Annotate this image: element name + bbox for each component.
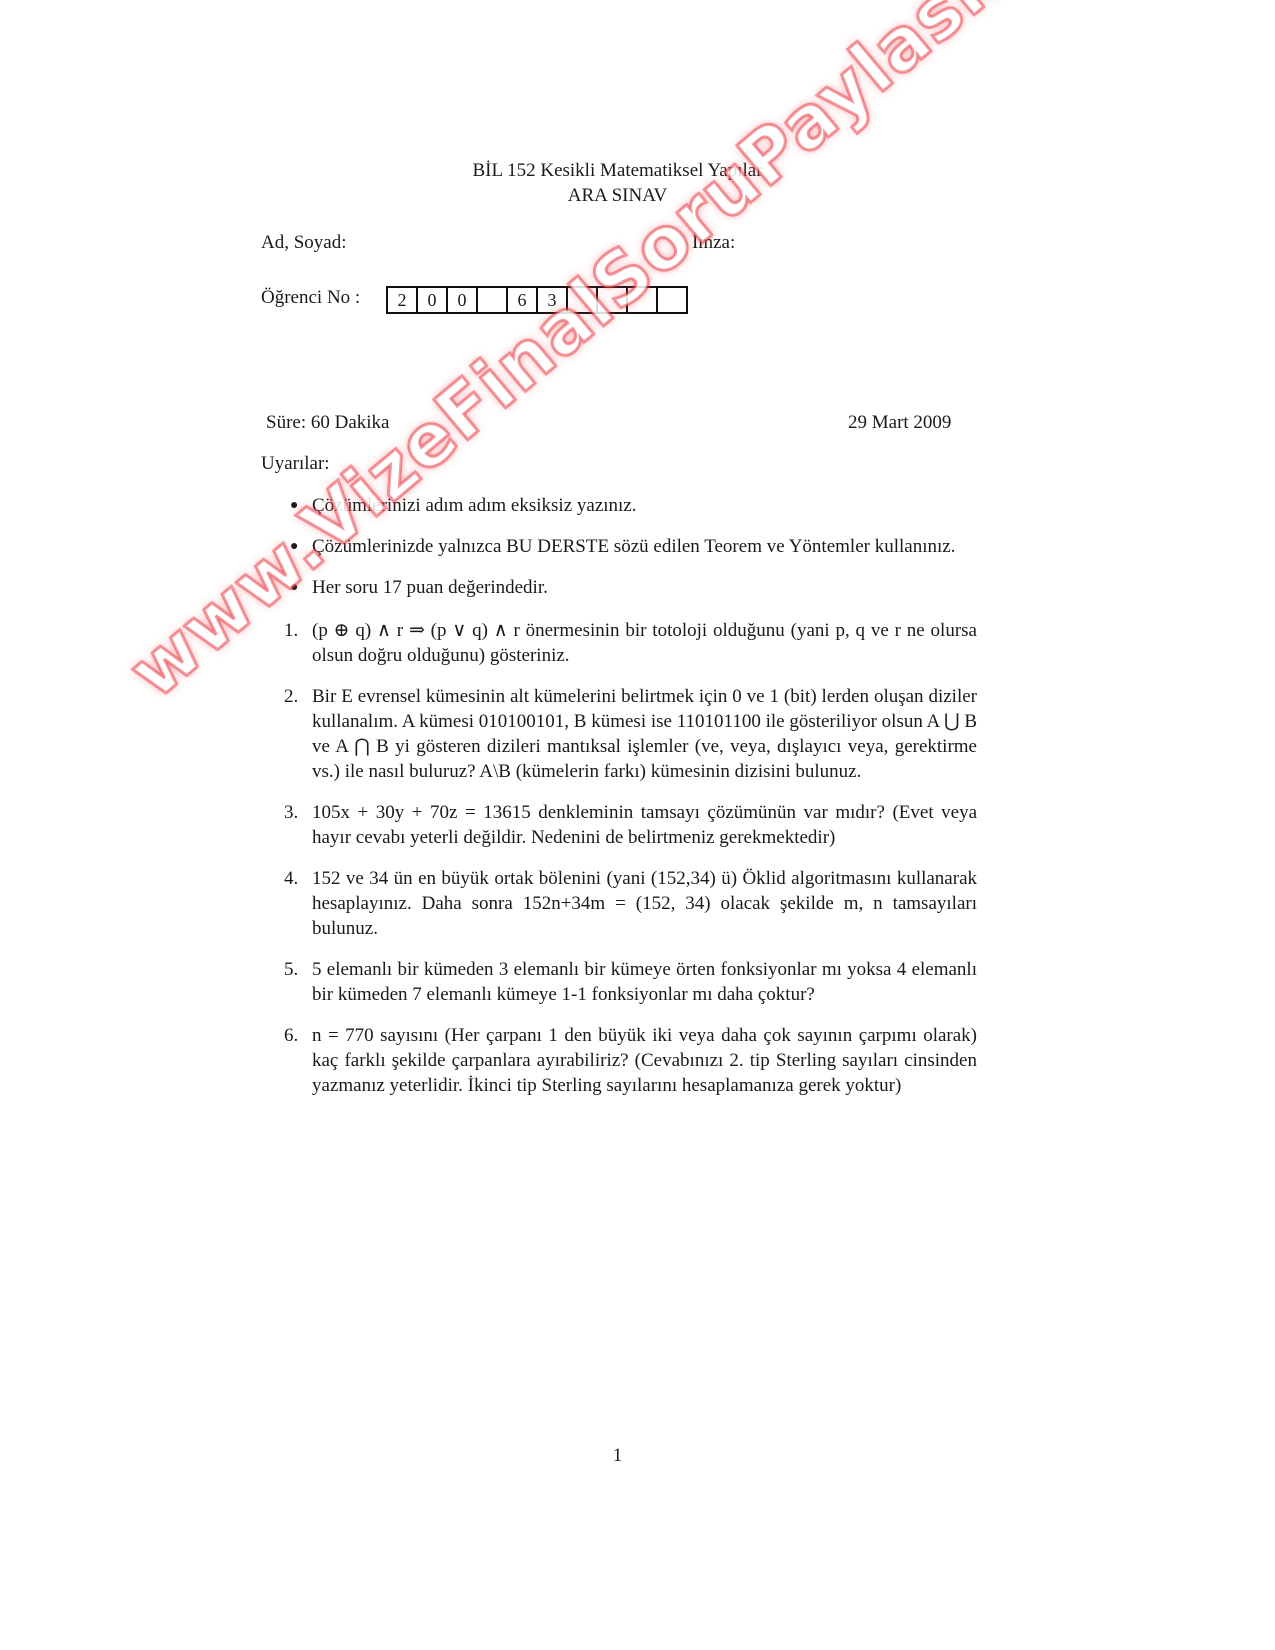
student-no-digit: 2 xyxy=(388,288,418,312)
question-item: 3. 105x + 30y + 70z = 13615 denkleminin … xyxy=(260,800,977,850)
student-no-digit xyxy=(598,288,628,312)
exam-subtitle: ARA SINAV xyxy=(0,183,1235,208)
student-no-digit: 6 xyxy=(508,288,538,312)
student-no-digit xyxy=(568,288,598,312)
warning-item: ● Her soru 17 puan değerindedir. xyxy=(260,575,977,600)
warnings-list: ● Çözümlerinizi adım adım eksiksiz yazın… xyxy=(260,493,977,1098)
bullet-icon: ● xyxy=(290,493,298,518)
student-no-digit xyxy=(658,288,686,312)
question-number: 3. xyxy=(284,800,298,825)
question-number: 5. xyxy=(284,957,298,982)
student-no-label: Öğrenci No : xyxy=(261,285,360,310)
signature-label: İmza: xyxy=(692,230,735,255)
warning-text: Çözümlerinizi adım adım eksiksiz yazınız… xyxy=(312,495,637,516)
bullet-icon: ● xyxy=(290,575,298,600)
question-text: 105x + 30y + 70z = 13615 denkleminin tam… xyxy=(312,802,977,848)
student-no-digit: 3 xyxy=(538,288,568,312)
question-number: 4. xyxy=(284,866,298,891)
warning-item: ● Çözümlerinizi adım adım eksiksiz yazın… xyxy=(260,493,977,518)
warning-text: Her soru 17 puan değerindedir. xyxy=(312,577,548,598)
question-number: 2. xyxy=(284,684,298,709)
question-text: (p ⊕ q) ∧ r ⇒ (p ∨ q) ∧ r önermesinin bi… xyxy=(312,620,977,666)
student-no-digit xyxy=(628,288,658,312)
question-text: 152 ve 34 ün en büyük ortak bölenini (ya… xyxy=(312,868,977,939)
exam-title: BİL 152 Kesikli Matematiksel Yapılar xyxy=(0,158,1235,183)
name-label: Ad, Soyad: xyxy=(261,230,347,255)
question-number: 1. xyxy=(284,618,298,643)
question-number: 6. xyxy=(284,1023,298,1048)
question-item: 2. Bir E evrensel kümesinin alt kümeleri… xyxy=(260,684,977,784)
question-text: Bir E evrensel kümesinin alt kümelerini … xyxy=(312,686,977,782)
question-text: n = 770 sayısını (Her çarpanı 1 den büyü… xyxy=(312,1025,977,1096)
page-number: 1 xyxy=(0,1443,1235,1468)
warnings-heading: Uyarılar: xyxy=(261,451,330,476)
warning-item: ● Çözümlerinizde yalnızca BU DERSTE sözü… xyxy=(260,534,977,559)
question-text: 5 elemanlı bir kümeden 3 elemanlı bir kü… xyxy=(312,959,977,1005)
question-item: 4. 152 ve 34 ün en büyük ortak bölenini … xyxy=(260,866,977,941)
question-item: 1. (p ⊕ q) ∧ r ⇒ (p ∨ q) ∧ r önermesinin… xyxy=(260,618,977,668)
bullet-icon: ● xyxy=(290,534,298,559)
exam-page: BİL 152 Kesikli Matematiksel Yapılar ARA… xyxy=(0,0,1275,1650)
question-item: 5. 5 elemanlı bir kümeden 3 elemanlı bir… xyxy=(260,957,977,1007)
student-no-boxes: 2 0 0 6 3 xyxy=(386,286,688,314)
duration: Süre: 60 Dakika xyxy=(266,410,389,435)
student-no-digit: 0 xyxy=(418,288,448,312)
student-no-digit: 0 xyxy=(448,288,478,312)
warning-text: Çözümlerinizde yalnızca BU DERSTE sözü e… xyxy=(312,536,955,557)
question-item: 6. n = 770 sayısını (Her çarpanı 1 den b… xyxy=(260,1023,977,1098)
student-no-digit xyxy=(478,288,508,312)
exam-date: 29 Mart 2009 xyxy=(848,410,951,435)
